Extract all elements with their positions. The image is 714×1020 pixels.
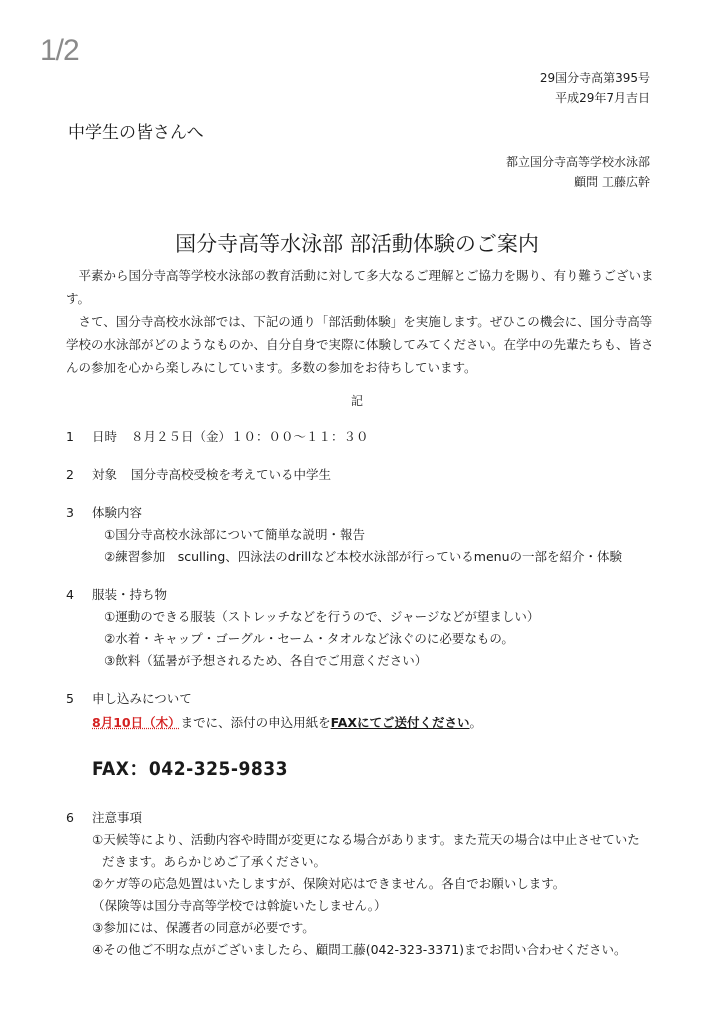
section-number: 6	[66, 807, 92, 829]
section-label: 体験内容	[92, 502, 142, 524]
application-instruction: 8月10日（木）までに、添付の申込用紙をFAXにてご送付ください。	[66, 710, 676, 736]
sender-block: 都立国分寺高等学校水泳部 顧問 工藤広幹	[506, 152, 650, 192]
document-date: 平成29年7月吉日	[540, 88, 650, 108]
list-item: ①国分寺高校水泳部について簡単な説明・報告	[66, 524, 676, 546]
section-application: 5 申し込みについて 8月10日（木）までに、添付の申込用紙をFAXにてご送付く…	[66, 688, 676, 781]
ki-heading: 記	[0, 392, 714, 409]
list-item-note: （保険等は国分寺高等学校では斡旋いたしません。）	[66, 895, 676, 917]
section-number: 2	[66, 464, 92, 486]
section-label: 服装・持ち物	[92, 584, 167, 606]
list-item: ②練習参加 sculling、四泳法のdrillなど本校水泳部が行っているmen…	[66, 546, 676, 568]
intro-paragraph: 平素から国分寺高等学校水泳部の教育活動に対して多大なるご理解とご協力を賜り、有り…	[66, 264, 656, 310]
section-notes: 6 注意事項 ①天候等により、活動内容や時間が変更になる場合があります。また荒天…	[66, 807, 676, 961]
list-item: ④その他ご不明な点がございましたら、顧問工藤(042-323-3371)までお問…	[66, 939, 676, 961]
section-number: 4	[66, 584, 92, 606]
section-value: 国分寺高校受検を考えている中学生	[131, 464, 331, 486]
section-number: 1	[66, 426, 92, 448]
list-item: ②ケガ等の応急処置はいたしますが、保険対応はできません。各自でお願いします。	[66, 873, 676, 895]
instruction-text: までに、添付の申込用紙を	[181, 715, 331, 730]
list-item: ②水着・キャップ・ゴーグル・セーム・タオルなど泳ぐのに必要なもの。	[66, 628, 676, 650]
section-number: 5	[66, 688, 92, 710]
sender-person: 顧問 工藤広幹	[506, 172, 650, 192]
deadline-date: 8月10日（木）	[92, 715, 181, 730]
section-content: 3 体験内容 ①国分寺高校水泳部について簡単な説明・報告 ②練習参加 scull…	[66, 502, 676, 568]
section-target: 2 対象 国分寺高校受検を考えている中学生	[66, 464, 676, 486]
section-label: 日時	[92, 426, 117, 448]
list-item: ①運動のできる服装（ストレッチなどを行うので、ジャージなどが望ましい）	[66, 606, 676, 628]
section-label: 対象	[92, 464, 117, 486]
document-reference: 29国分寺高第395号 平成29年7月吉日	[540, 68, 650, 108]
fax-number: FAX：042-325-9833	[66, 754, 676, 781]
section-number: 3	[66, 502, 92, 524]
section-datetime: 1 日時 ８月２５日（金）１０：００～１１：３０	[66, 426, 676, 448]
document-title: 国分寺高等水泳部 部活動体験のご案内	[0, 228, 714, 258]
section-value: ８月２５日（金）１０：００～１１：３０	[131, 426, 369, 448]
sender-organization: 都立国分寺高等学校水泳部	[506, 152, 650, 172]
list-item: ③飲料（猛暑が予想されるため、各自でご用意ください）	[66, 650, 676, 672]
fax-emphasis: FAXにてご送付ください	[331, 715, 470, 730]
section-label: 申し込みについて	[92, 688, 192, 710]
addressee: 中学生の皆さんへ	[68, 118, 204, 143]
instruction-end: 。	[470, 715, 483, 730]
document-number: 29国分寺高第395号	[540, 68, 650, 88]
section-clothing: 4 服装・持ち物 ①運動のできる服装（ストレッチなどを行うので、ジャージなどが望…	[66, 584, 676, 672]
list-item: ①天候等により、活動内容や時間が変更になる場合があります。また荒天の場合は中止さ…	[66, 829, 676, 851]
intro-text: 平素から国分寺高等学校水泳部の教育活動に対して多大なるご理解とご協力を賜り、有り…	[66, 264, 656, 379]
page-indicator: 1/2	[40, 34, 79, 68]
details-list: 1 日時 ８月２５日（金）１０：００～１１：３０ 2 対象 国分寺高校受検を考え…	[66, 426, 676, 977]
list-item: ③参加には、保護者の同意が必要です。	[66, 917, 676, 939]
list-item-continuation: だきます。あらかじめご了承ください。	[66, 851, 676, 873]
section-label: 注意事項	[92, 807, 142, 829]
intro-paragraph: さて、国分寺高校水泳部では、下記の通り「部活動体験」を実施します。ぜひこの機会に…	[66, 310, 656, 379]
